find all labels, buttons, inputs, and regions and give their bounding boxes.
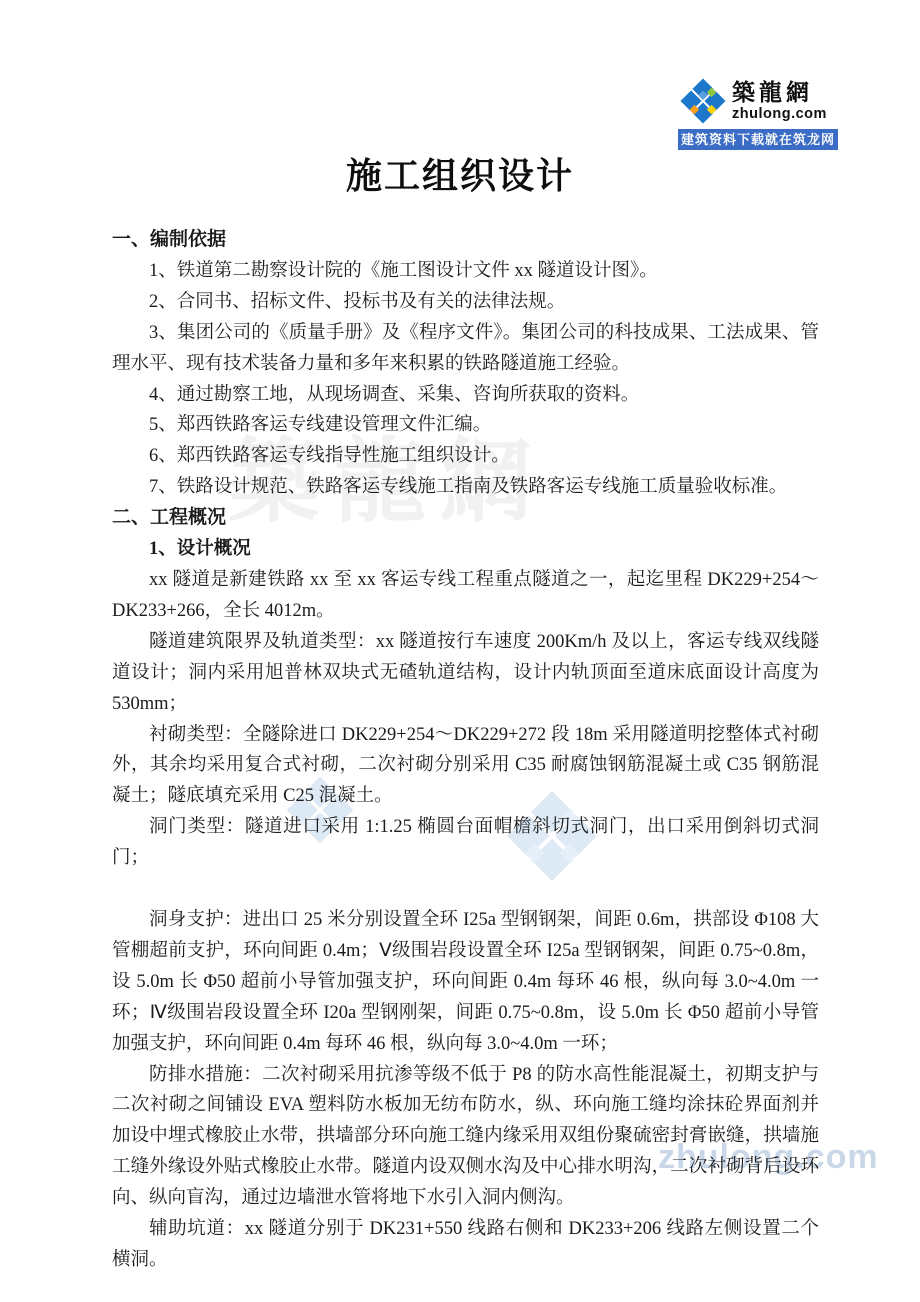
zhulong-pinwheel-icon bbox=[680, 78, 726, 124]
overview-paragraph: xx 隧道是新建铁路 xx 至 xx 客运专线工程重点隧道之一，起迄里程 DK2… bbox=[112, 565, 819, 627]
logo-site-url: zhulong.com bbox=[732, 107, 827, 122]
document-page: 築龍網 zhulong.com 建筑资料下载就在筑龙网 築龍網 zhulong.… bbox=[0, 0, 920, 1302]
overview-paragraph: 洞门类型：隧道进口采用 1:1.25 椭圆台面帽檐斜切式洞门，出口采用倒斜切式洞… bbox=[112, 812, 819, 874]
zhulong-logo: 築龍網 zhulong.com 建筑资料下载就在筑龙网 bbox=[678, 75, 838, 150]
basis-item: 5、郑西铁路客运专线建设管理文件汇编。 bbox=[112, 410, 819, 441]
basis-item: 3、集团公司的《质量手册》及《程序文件》。集团公司的科技成果、工法成果、管理水平… bbox=[112, 318, 819, 380]
overview-paragraph: 衬砌类型：全隧除进口 DK229+254～DK229+272 段 18m 采用隧… bbox=[112, 720, 819, 813]
document-body: 一、编制依据 1、铁道第二勘察设计院的《施工图设计文件 xx 隧道设计图》。 2… bbox=[112, 225, 819, 1276]
subsection-heading-design: 1、设计概况 bbox=[112, 534, 819, 565]
section-heading-basis: 一、编制依据 bbox=[112, 225, 819, 256]
logo-site-name: 築龍網 bbox=[732, 81, 827, 104]
overview-paragraph: 辅助坑道：xx 隧道分别于 DK231+550 线路右侧和 DK233+206 … bbox=[112, 1214, 819, 1276]
overview-paragraph: 洞身支护：进出口 25 米分别设置全环 I25a 型钢钢架，间距 0.6m，拱部… bbox=[112, 905, 819, 1060]
overview-paragraph: 隧道建筑限界及轨道类型：xx 隧道按行车速度 200Km/h 及以上，客运专线双… bbox=[112, 627, 819, 720]
zhulong-logo-main: 築龍網 zhulong.com bbox=[678, 75, 838, 127]
zhulong-logo-text: 築龍網 zhulong.com bbox=[732, 81, 827, 122]
basis-item: 7、铁路设计规范、铁路客运专线施工指南及铁路客运专线施工质量验收标准。 bbox=[112, 472, 819, 503]
basis-item: 1、铁道第二勘察设计院的《施工图设计文件 xx 隧道设计图》。 bbox=[112, 256, 819, 287]
logo-banner-text: 建筑资料下载就在筑龙网 bbox=[678, 129, 838, 150]
basis-item: 6、郑西铁路客运专线指导性施工组织设计。 bbox=[112, 441, 819, 472]
basis-item: 2、合同书、招标文件、投标书及有关的法律法规。 bbox=[112, 287, 819, 318]
section-heading-overview: 二、工程概况 bbox=[112, 503, 819, 534]
overview-paragraph: 防排水措施：二次衬砌采用抗渗等级不低于 P8 的防水高性能混凝土，初期支护与二次… bbox=[112, 1060, 819, 1215]
basis-item: 4、通过勘察工地，从现场调查、采集、咨询所获取的资料。 bbox=[112, 380, 819, 411]
document-title: 施工组织设计 bbox=[0, 148, 920, 199]
